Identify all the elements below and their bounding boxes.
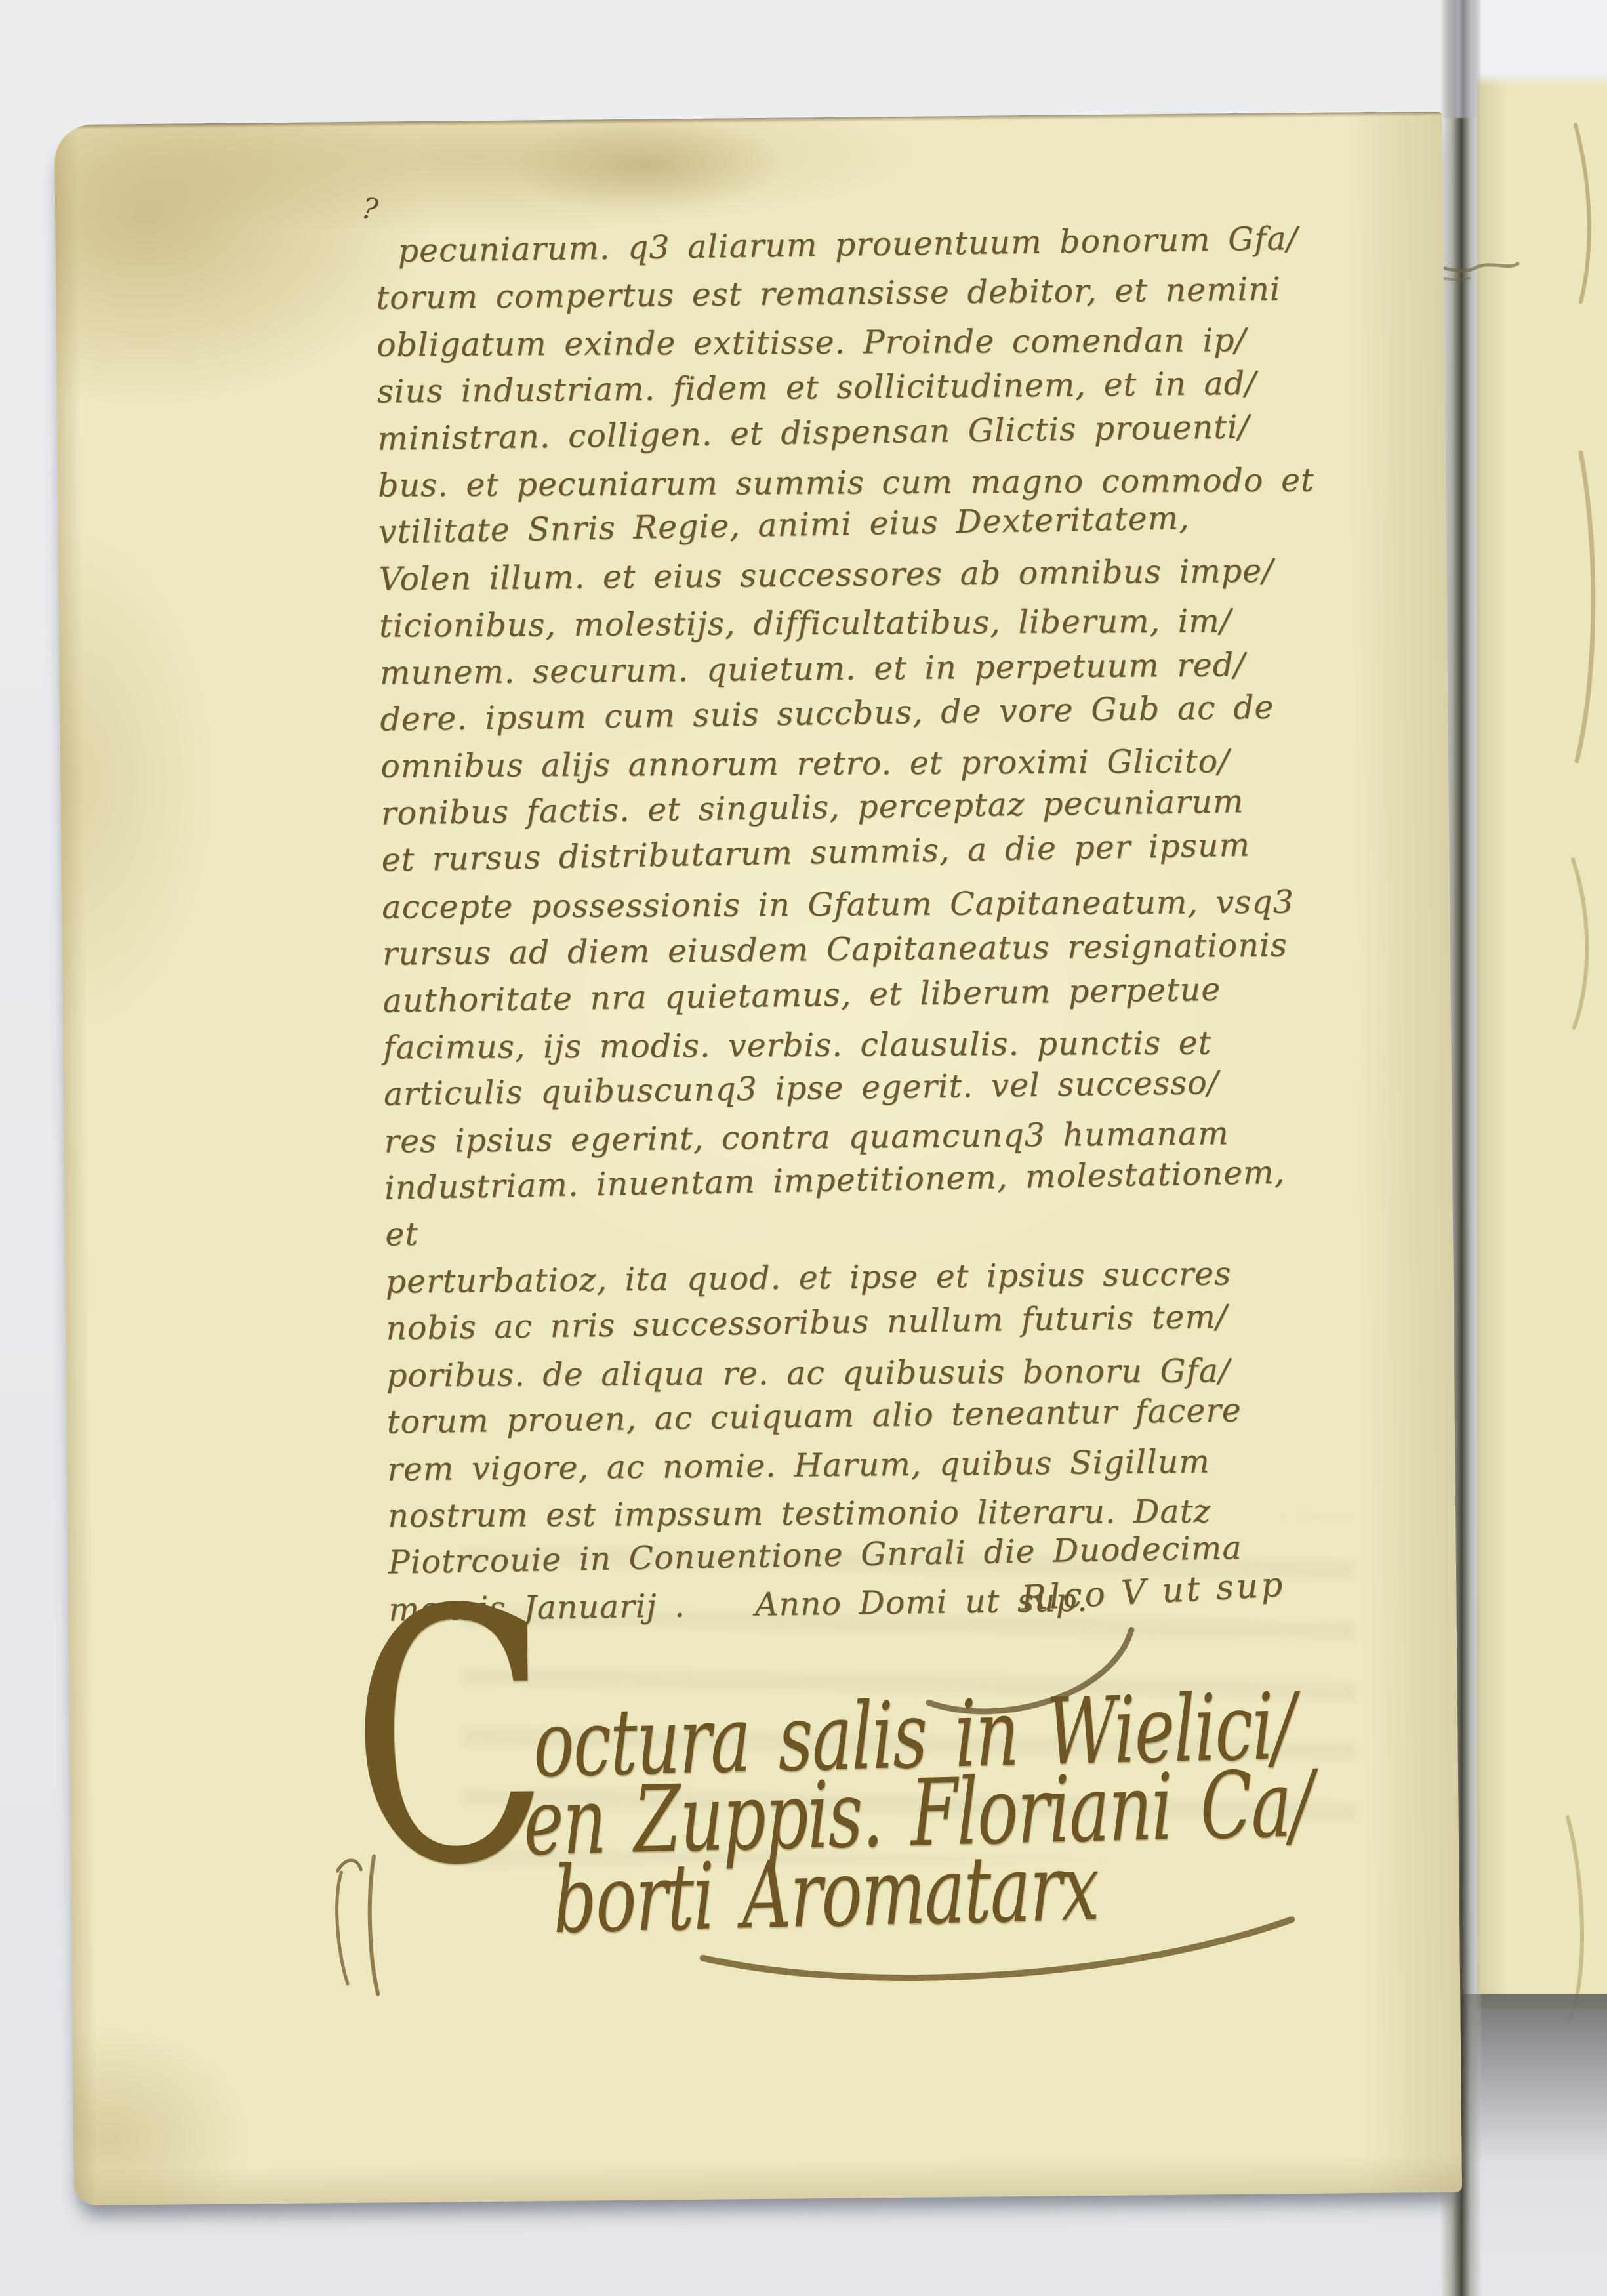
manuscript-scan: ? pecuniarum. q3 aliarum prouentuum bono… — [0, 0, 1607, 2296]
section-heading: octura salis in Wielici/en Zuppis. Flori… — [533, 1692, 1387, 1934]
manuscript-line: accepte possessionis in Gfatum Capitanea… — [382, 878, 1326, 931]
facing-page-sliver — [1477, 0, 1607, 2009]
manuscript-text: pecuniarum. q3 aliarum prouentuum bonoru… — [375, 219, 1333, 1633]
manuscript-line: obligatum exinde extitisse. Proinde come… — [376, 316, 1321, 369]
manuscript-line: Volen illum. et eius successores ab omni… — [378, 547, 1324, 603]
facing-page-ink-icon — [1535, 85, 1607, 2027]
quire-mark: ? — [359, 192, 380, 227]
manuscript-page: ? pecuniarum. q3 aliarum prouentuum bono… — [54, 112, 1462, 2205]
manuscript-line: pecuniarum. q3 aliarum prouentuum bonoru… — [375, 215, 1320, 275]
heading-swash-icon — [695, 1912, 1305, 2003]
manuscript-line: ticionibus, molestijs, difficultatibus, … — [379, 597, 1324, 649]
margin-flourish-icon — [331, 1851, 411, 2002]
manuscript-line: industriam. inuentam impetitionem, moles… — [384, 1148, 1330, 1258]
manuscript-line: rem vigore, ac nomie. Harum, quibus Sigi… — [387, 1437, 1332, 1492]
manuscript-line: torum compertus est remansisse debitor, … — [376, 266, 1321, 321]
